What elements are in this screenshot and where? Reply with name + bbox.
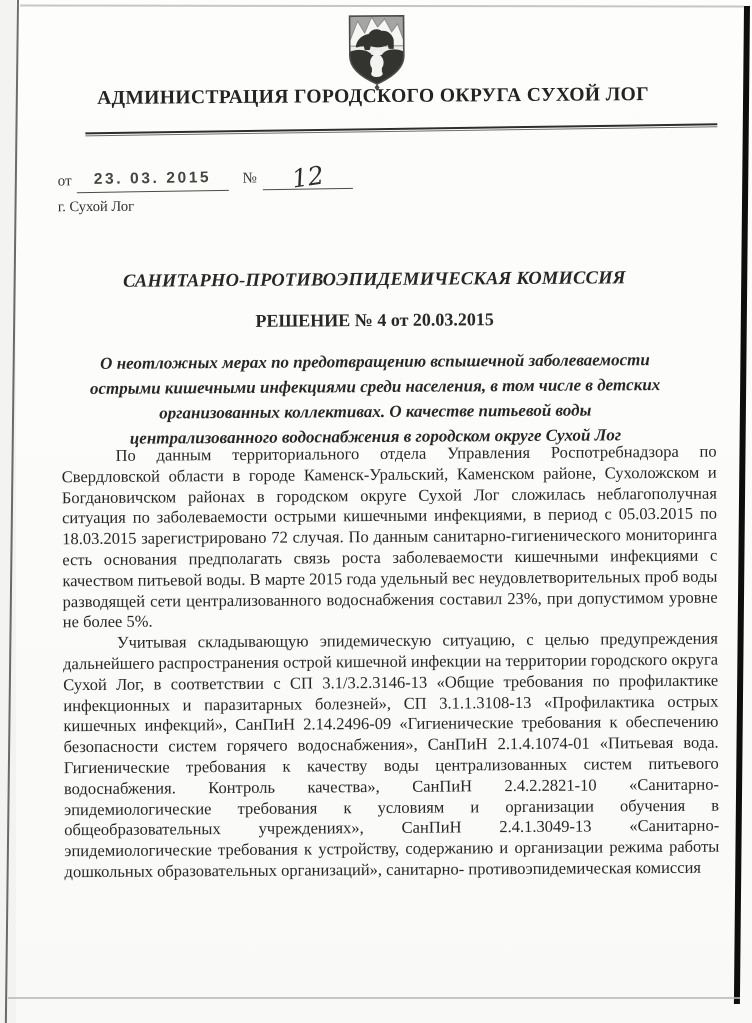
date-number-line: от 23. 03. 2015 № 12 bbox=[57, 162, 353, 194]
body-paragraph: Учитывая складывающую эпидемическую ситу… bbox=[63, 629, 720, 883]
from-label: от bbox=[58, 173, 72, 193]
date-field: 23. 03. 2015 bbox=[76, 169, 228, 193]
subject-heading: О неотложных мерах по предотвращению всп… bbox=[85, 347, 666, 451]
document-body: По данным территориального отдела Управл… bbox=[62, 442, 720, 883]
number-field: 12 bbox=[263, 162, 353, 190]
document-page: АДМИНИСТРАЦИЯ ГОРОДСКОГО ОКРУГА СУХОЙ ЛО… bbox=[0, 0, 752, 1023]
org-name-heading: АДМИНИСТРАЦИЯ ГОРОДСКОГО ОКРУГА СУХОЙ ЛО… bbox=[0, 83, 749, 110]
scanned-page: АДМИНИСТРАЦИЯ ГОРОДСКОГО ОКРУГА СУХОЙ ЛО… bbox=[0, 0, 752, 1023]
place-line: г. Сухой Лог bbox=[58, 199, 134, 217]
coat-of-arms-icon bbox=[345, 12, 410, 92]
date-stamp: 23. 03. 2015 bbox=[94, 169, 212, 188]
header-divider bbox=[85, 123, 717, 136]
commission-title: САНИТАРНО-ПРОТИВОЭПИДЕМИЧЕСКАЯ КОМИССИЯ bbox=[0, 267, 750, 293]
body-paragraph: По данным территориального отдела Управл… bbox=[62, 442, 718, 634]
decision-title: РЕШЕНИЕ № 4 от 20.03.2015 bbox=[0, 307, 751, 333]
document-number-handwritten: 12 bbox=[291, 162, 326, 191]
number-label: № bbox=[242, 170, 257, 190]
